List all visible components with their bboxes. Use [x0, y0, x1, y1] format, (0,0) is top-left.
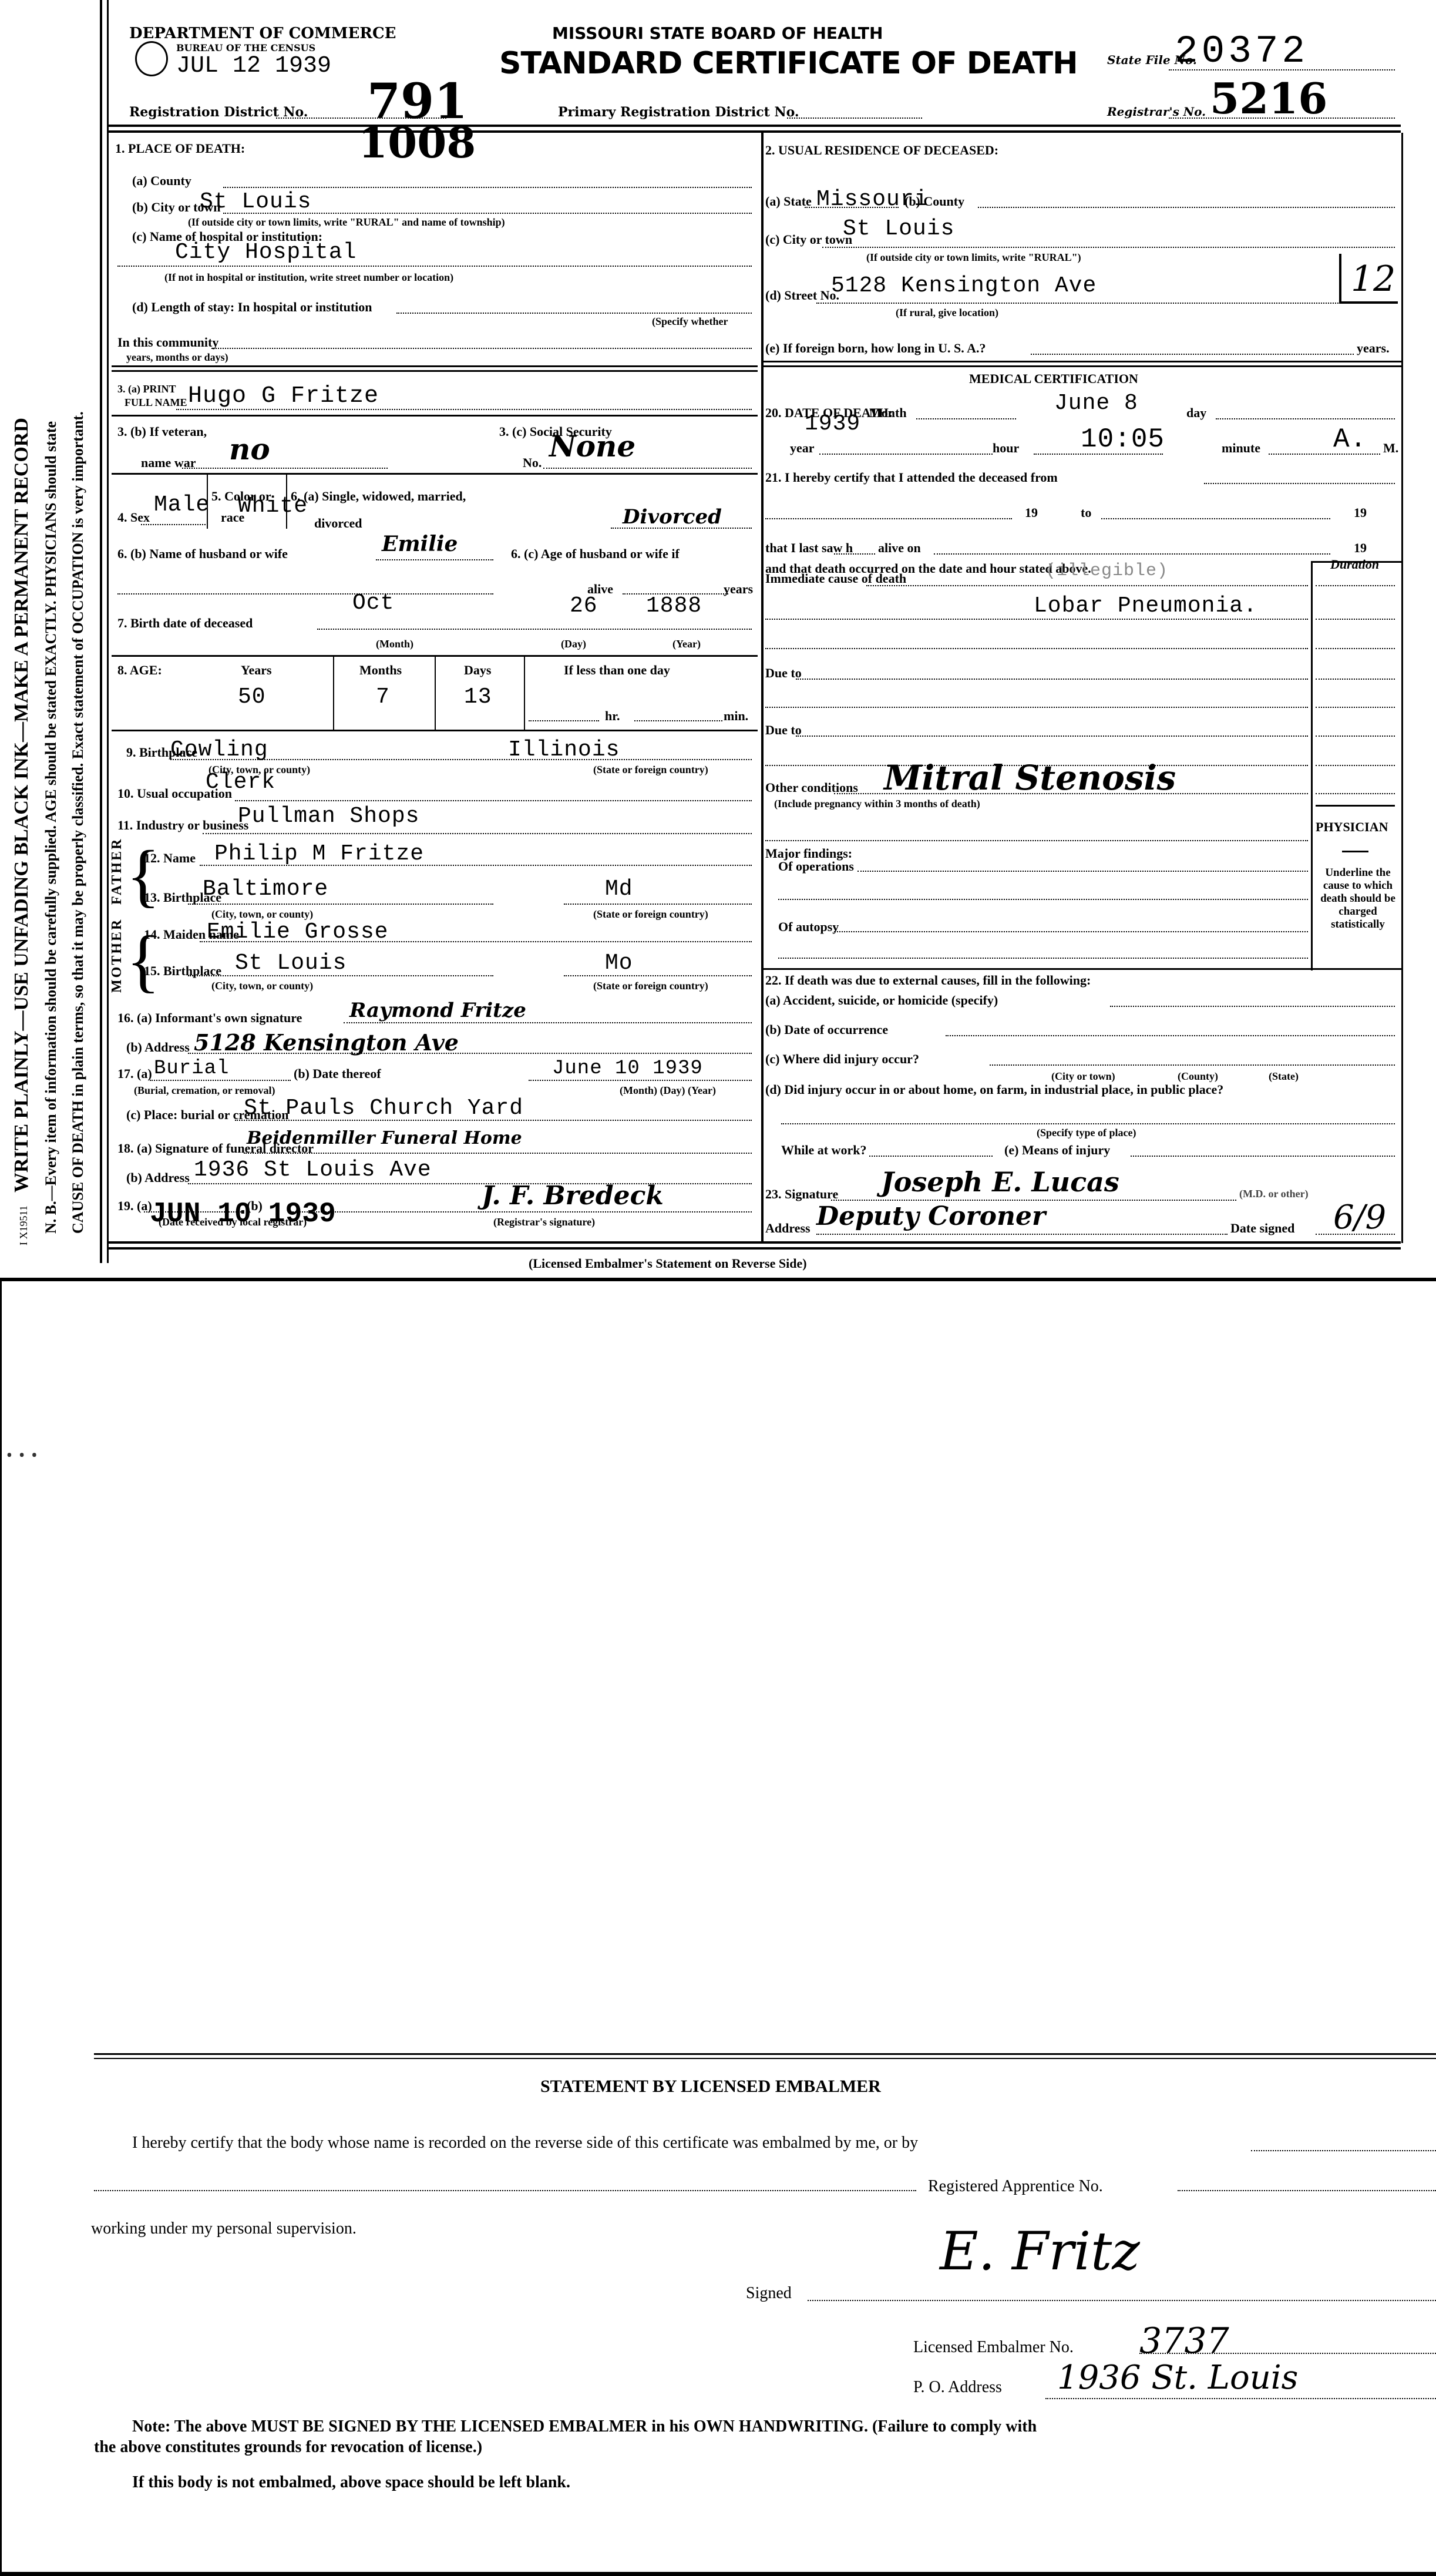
footer-rule: [109, 1241, 1401, 1244]
license-label: Licensed Embalmer No.: [913, 2338, 1074, 2357]
cell-divider: [333, 657, 334, 730]
embalmer-note-1: Note: The above MUST BE SIGNED BY THE LI…: [132, 2417, 1037, 2436]
registrar-sig-note: (Registrar's signature): [493, 1216, 595, 1228]
md-note: (M.D. or other): [1239, 1188, 1309, 1200]
cell-divider: [524, 657, 525, 730]
res-street-note: (If rural, give location): [896, 307, 998, 319]
units-note: years, months or days): [126, 351, 228, 364]
bureau-label: BUREAU OF THE CENSUS: [176, 42, 315, 53]
res-state-line: [805, 207, 899, 208]
duration-line-2: [1316, 619, 1395, 620]
po-address-value[interactable]: 1936 St. Louis: [1057, 2359, 1298, 2397]
external-a-label: (a) Accident, suicide, or homicide (spec…: [765, 993, 998, 1008]
physician-address-label: Address: [765, 1221, 811, 1236]
city-note: (If outside city or town limits, write "…: [188, 216, 505, 229]
apprentice-label: Registered Apprentice No.: [928, 2177, 1103, 2196]
external-d-field[interactable]: [781, 1123, 1395, 1124]
birthplace-state-note: (State or foreign country): [593, 764, 708, 776]
due-line-1b: [765, 707, 1308, 708]
birthplace-line: [170, 759, 752, 760]
dod-day-label: day: [1186, 405, 1206, 421]
embalmer-top-rule-2: [94, 2058, 1436, 2059]
informant-sig-label: 16. (a) Informant's own signature: [117, 1010, 302, 1026]
operations-field[interactable]: [857, 871, 1308, 872]
nineteen-1: 19: [1025, 505, 1038, 520]
embalmer-heading: STATEMENT BY LICENSED EMBALMER: [540, 2077, 881, 2097]
registrar-label: Registrar's No.: [1107, 105, 1206, 119]
immediate-line-2: [765, 619, 1308, 620]
registrar-signature[interactable]: J. F. Bredeck: [482, 1181, 664, 1211]
year-note: (Year): [672, 638, 701, 650]
embalmer-note-3: If this body is not embalmed, above spac…: [132, 2473, 570, 2492]
birth-year-value[interactable]: 1888: [646, 593, 702, 619]
duration-line-5: [1316, 707, 1395, 708]
burial-place-line: [235, 1120, 752, 1121]
section-rule: [112, 370, 758, 372]
external-heading: 22. If death was due to external causes,…: [765, 973, 1091, 988]
registrar-line: [1169, 117, 1395, 119]
nineteen-2: 19: [1354, 505, 1367, 520]
dod-year-value[interactable]: 1939: [805, 411, 860, 436]
external-d-label: (d) Did injury occur in or about home, o…: [765, 1082, 1223, 1097]
spouse-line-2: [117, 593, 493, 595]
embalmer-note-2: the above constitutes grounds for revoca…: [94, 2438, 482, 2457]
external-b-label: (b) Date of occurrence: [765, 1022, 888, 1037]
duration-line-4: [1316, 679, 1395, 680]
hr-field[interactable]: [529, 720, 599, 721]
community-field[interactable]: [211, 348, 752, 349]
primary-reg-line: [787, 117, 922, 119]
director-line: [244, 1153, 752, 1154]
header-rule-2: [109, 130, 1401, 133]
margin-border-inner: [107, 0, 109, 1263]
father-state-note: (State or foreign country): [593, 908, 708, 921]
duration-line-7: [1316, 765, 1395, 766]
birth-line: [317, 629, 752, 630]
certify-text: 21. I hereby certify that I attended the…: [765, 470, 1058, 485]
license-line: [1139, 2353, 1436, 2354]
ssn-label-2: No.: [523, 455, 542, 471]
father-birth-city-value[interactable]: Baltimore: [203, 876, 328, 902]
cell-divider: [435, 657, 436, 730]
external-means-label: (e) Means of injury: [1004, 1143, 1110, 1158]
spouse-line: [376, 559, 493, 560]
signed-label: Signed: [746, 2284, 792, 2303]
margin-stamp-code: I X19511: [18, 1205, 30, 1245]
registrar-number: 5216: [1210, 73, 1327, 123]
autopsy-label: Of autopsy: [778, 919, 839, 935]
due-to-field-1[interactable]: [796, 679, 1308, 680]
alive-on-label: alive on: [878, 540, 921, 556]
county-label: (a) County: [132, 173, 191, 189]
external-c-label: (c) Where did injury occur?: [765, 1052, 919, 1067]
stay-label: (d) Length of stay: In hospital or insti…: [132, 300, 372, 315]
director-address-value[interactable]: 1936 St Louis Ave: [194, 1157, 432, 1183]
page-separator: [0, 1278, 1436, 1281]
autopsy-line-2: [778, 958, 1308, 959]
immediate-line-1: [866, 585, 1308, 586]
burial-date-label: (b) Date thereof: [294, 1066, 381, 1082]
reverse-side-note: (Licensed Embalmer's Statement on Revers…: [529, 1256, 807, 1271]
external-c-state: (State): [1269, 1070, 1299, 1083]
other-conditions-value[interactable]: Mitral Stenosis: [884, 758, 1176, 798]
external-specify-note: (Specify type of place): [1037, 1127, 1136, 1139]
min-label: min.: [724, 708, 748, 724]
embalmer-certify-text: I hereby certify that the body whose nam…: [132, 2134, 918, 2152]
due-to-field-2[interactable]: [796, 735, 1308, 737]
signed-line: [808, 2300, 1436, 2301]
external-c-county: (County): [1178, 1070, 1218, 1083]
hr-label: hr.: [605, 708, 620, 724]
census-seal-icon: [135, 41, 168, 76]
burial-place-value[interactable]: St Pauls Church Yard: [244, 1096, 523, 1121]
embalmer-signature[interactable]: E. Fritz: [940, 2221, 1140, 2282]
bottom-border: [0, 2572, 1436, 2576]
dod-hour-label: hour: [993, 441, 1019, 456]
days-label: Days: [464, 663, 491, 678]
state-file-number: 20372: [1175, 29, 1309, 73]
date-signed-label: Date signed: [1230, 1221, 1294, 1236]
burial-date-note: (Month) (Day) (Year): [620, 1084, 716, 1097]
marital-line: [611, 528, 752, 529]
embalmer-top-rule: [94, 2053, 1436, 2055]
external-b-field[interactable]: [946, 1035, 1395, 1036]
section-rule: [764, 361, 1401, 362]
mother-birth-state-value[interactable]: Mo: [605, 951, 633, 976]
veteran-value[interactable]: no: [229, 432, 270, 466]
disposition-value[interactable]: Burial: [154, 1057, 229, 1080]
name-label-1: 3. (a) PRINT: [117, 383, 176, 395]
duration-line-3: [1316, 648, 1395, 649]
dod-year-label: year: [790, 441, 815, 456]
physician-address-value[interactable]: Deputy Coroner: [816, 1201, 1045, 1231]
section-rule: [112, 473, 758, 475]
years-value[interactable]: 50: [238, 684, 266, 710]
duration-line-6: [1316, 735, 1395, 737]
father-name-line: [200, 865, 752, 866]
director-address-line: [188, 1183, 752, 1184]
dod-minute-line: [1269, 454, 1380, 455]
informant-address-label: (b) Address: [126, 1040, 190, 1055]
back-left-border: [0, 1281, 2, 2576]
immediate-cause-label: Immediate cause of death: [765, 571, 906, 586]
to-label: to: [1081, 505, 1091, 520]
attended-from-field[interactable]: [1204, 483, 1395, 484]
board-label: MISSOURI STATE BOARD OF HEALTH: [552, 23, 883, 43]
res-city-line: [822, 247, 1395, 248]
other-line-2: [765, 840, 1308, 841]
spouse-age-label-1: 6. (c) Age of husband or wife if: [511, 546, 680, 562]
disposition-label: 17. (a): [117, 1066, 152, 1082]
ssn-value[interactable]: None: [549, 429, 635, 464]
months-label: Months: [359, 663, 402, 678]
name-label-2: FULL NAME: [125, 397, 187, 409]
veteran-line: [182, 468, 388, 469]
spouse-label: 6. (b) Name of husband or wife: [117, 546, 288, 562]
ward-mark: 12: [1351, 258, 1395, 300]
disposition-line: [150, 1080, 291, 1081]
primary-reg-label: Primary Registration District No.: [558, 105, 799, 120]
registrar-sig-label: (b): [247, 1198, 263, 1214]
director-address-label: (b) Address: [126, 1170, 190, 1185]
duration-line-8: [1316, 793, 1395, 794]
veteran-label-1: 3. (b) If veteran,: [117, 424, 207, 439]
underline-note: Underline the cause to which death shoul…: [1314, 866, 1401, 931]
immediate-cause-value-1[interactable]: (illegible): [1045, 561, 1168, 581]
physician-rule: [1316, 805, 1395, 807]
immediate-cause-value-2[interactable]: Lobar Pneumonia.: [1034, 593, 1257, 619]
stay-field[interactable]: [396, 313, 752, 314]
dod-month-value[interactable]: June 8: [1054, 391, 1138, 416]
dod-month-label: Month: [869, 405, 907, 421]
day-note: (Day): [561, 638, 586, 650]
dod-time-value[interactable]: 10:05: [1081, 424, 1165, 455]
spouse-age-suffix: years: [724, 582, 753, 597]
dod-year-line: [819, 454, 993, 455]
place-of-death-heading: 1. PLACE OF DEATH:: [115, 141, 245, 156]
informant-sig-line: [344, 1022, 752, 1023]
attended-from-date[interactable]: [765, 518, 1012, 519]
last-saw-field[interactable]: [834, 553, 875, 555]
sex-value[interactable]: Male: [154, 492, 210, 518]
duration-label: Duration: [1330, 557, 1379, 572]
autopsy-field[interactable]: [834, 931, 1308, 932]
specify-note: (Specify whether: [652, 315, 728, 328]
physician-dash: [1342, 851, 1368, 852]
physician-label: PHYSICIAN: [1316, 820, 1388, 835]
embalmer-by-field[interactable]: [1251, 2150, 1436, 2151]
less-day-label: If less than one day: [564, 663, 670, 678]
birth-month-value[interactable]: Oct: [352, 590, 394, 616]
po-address-label: P. O. Address: [913, 2378, 1002, 2397]
received-stamp: JUL 12 1939: [176, 53, 331, 79]
dod-month-line: [916, 418, 1016, 419]
header-rule: [109, 125, 1401, 127]
external-work-label: While at work?: [781, 1143, 866, 1158]
days-value[interactable]: 13: [464, 684, 492, 710]
informant-address-value[interactable]: 5128 Kensington Ave: [194, 1029, 459, 1056]
marital-label-1: 6. (a) Single, widowed, married,: [291, 489, 466, 504]
mother-state-note: (State or foreign country): [593, 980, 708, 992]
physician-sig-label: 23. Signature: [765, 1187, 838, 1202]
physician-address-line: [816, 1234, 1228, 1235]
res-city-note: (If outside city or town limits, write "…: [866, 251, 1081, 264]
months-value[interactable]: 7: [376, 684, 390, 710]
operations-label: Of operations: [778, 859, 854, 874]
nineteen-3: 19: [1354, 540, 1367, 556]
director-signature[interactable]: Beidenmiller Funeral Home: [247, 1128, 522, 1148]
duration-line-1: [1316, 585, 1395, 586]
mother-birth-line: [188, 975, 493, 976]
industry-line: [203, 833, 752, 834]
industry-label: 11. Industry or business: [117, 818, 248, 833]
community-label: In this community: [117, 335, 218, 350]
father-side-label: FATHER: [109, 838, 125, 905]
other-line: [834, 793, 1308, 794]
section-rule: [764, 365, 1401, 367]
alive-on-field[interactable]: [934, 553, 1330, 555]
city-line: [223, 213, 752, 214]
res-county-label: (b) County: [904, 194, 964, 209]
sex-line: [141, 524, 206, 525]
dept-label: DEPARTMENT OF COMMERCE: [129, 25, 396, 42]
res-foreign-label: (e) If foreign born, how long in U. S. A…: [765, 341, 986, 356]
age-label: 8. AGE:: [117, 663, 162, 678]
operations-line-2: [778, 899, 1308, 900]
father-birth-state-value[interactable]: Md: [605, 876, 633, 902]
residence-heading: 2. USUAL RESIDENCE OF DECEASED:: [765, 143, 998, 158]
margin-border: [100, 0, 102, 1263]
filed-date-stamp: JUN 10 1939: [150, 1198, 336, 1230]
birth-day-value[interactable]: 26: [570, 593, 598, 619]
disposition-note: (Burial, cremation, or removal): [134, 1084, 275, 1097]
margin-instruction-2: N. B.—Every item of information should b…: [42, 421, 60, 1234]
margin-instruction-1: WRITE PLAINLY—USE UNFADING BLACK INK—MAK…: [11, 418, 33, 1193]
po-address-line: [1045, 2398, 1436, 2399]
marital-label-2: divorced: [314, 516, 362, 531]
duration-divider: [1311, 561, 1313, 970]
ssn-line: [543, 468, 752, 469]
physician-sig-line: [831, 1200, 1236, 1201]
birth-label: 7. Birth date of deceased: [117, 616, 253, 631]
license-number[interactable]: 3737: [1139, 2320, 1229, 2362]
registrar-sig-line: [288, 1211, 752, 1213]
apprentice-number-field[interactable]: [1178, 2190, 1436, 2191]
father-city-note: (City, town, or county): [211, 908, 313, 921]
embalmer-apprentice-name-field[interactable]: [94, 2190, 916, 2191]
hospital-value[interactable]: City Hospital: [175, 240, 357, 265]
right-border: [1401, 133, 1403, 1243]
dod-m-label: M.: [1383, 441, 1398, 456]
occupation-line: [235, 800, 752, 801]
page-title: STANDARD CERTIFICATE OF DEATH: [499, 46, 1078, 81]
county-field[interactable]: [223, 187, 752, 188]
father-birth-state-line: [564, 904, 752, 905]
external-c-field[interactable]: [990, 1064, 1395, 1066]
full-name-line: [176, 409, 752, 410]
min-field[interactable]: [634, 720, 722, 721]
res-city-label: (c) City or town: [765, 232, 852, 247]
section-rule: [112, 415, 758, 417]
external-c-city: (City or town): [1051, 1070, 1115, 1083]
industry-value[interactable]: Pullman Shops: [238, 804, 419, 829]
dod-day-line: [1216, 418, 1395, 419]
informant-signature[interactable]: Raymond Fritze: [349, 999, 526, 1022]
res-foreign-field[interactable]: [1031, 354, 1354, 355]
section-rule: [764, 968, 1401, 970]
other-note: (Include pregnancy within 3 months of de…: [774, 798, 980, 810]
physician-signature[interactable]: Joseph E. Lucas: [881, 1166, 1119, 1198]
father-name-label: 12. Name: [144, 851, 196, 866]
father-birth-line: [188, 904, 493, 905]
margin-instruction-3: CAUSE OF DEATH in plain terms, so that i…: [69, 411, 87, 1234]
father-name-value[interactable]: Philip M Fritze: [214, 841, 424, 866]
res-city-value[interactable]: St Louis: [843, 216, 954, 241]
dod-ampm-value[interactable]: A.: [1333, 424, 1367, 455]
date-signed-line: [1316, 1234, 1395, 1235]
mother-birth-state-line: [564, 975, 752, 976]
occupation-value[interactable]: Clerk: [206, 770, 275, 795]
medical-heading: MEDICAL CERTIFICATION: [969, 371, 1138, 387]
supervision-text: working under my personal supervision.: [91, 2219, 357, 2238]
date-signed-value[interactable]: 6/9: [1333, 1198, 1386, 1237]
month-note: (Month): [376, 638, 413, 650]
mother-birth-city-value[interactable]: St Louis: [235, 951, 347, 976]
sex-label: 4. Sex: [117, 510, 150, 525]
res-foreign-suffix: years.: [1357, 341, 1390, 356]
burial-date-line: [529, 1080, 752, 1081]
burial-date-value[interactable]: June 10 1939: [552, 1057, 703, 1080]
dod-minute-label: minute: [1222, 441, 1260, 456]
res-street-line: [816, 303, 1395, 304]
res-street-value[interactable]: 5128 Kensington Ave: [831, 273, 1097, 298]
mother-name-line: [200, 941, 752, 942]
section-rule: [112, 365, 758, 367]
res-street-label: (d) Street No.: [765, 288, 839, 303]
years-label: Years: [241, 663, 272, 678]
spouse-value[interactable]: Emilie: [382, 532, 458, 556]
informant-address-line: [188, 1053, 752, 1054]
section-rule: [112, 730, 758, 731]
dod-hour-line: [1034, 454, 1163, 455]
marital-value[interactable]: Divorced: [623, 505, 722, 529]
res-county-field[interactable]: [978, 207, 1395, 208]
mother-birth-label: 15. Birthplace: [144, 963, 221, 979]
column-divider: [761, 133, 764, 1243]
city-value[interactable]: St Louis: [200, 189, 311, 214]
mother-city-note: (City, town, or county): [211, 980, 313, 992]
footer-rule-2: [109, 1247, 1401, 1250]
attended-to-field[interactable]: [1101, 518, 1330, 519]
hospital-note: (If not in hospital or institution, writ…: [164, 271, 453, 284]
mother-side-label: MOTHER: [109, 918, 125, 993]
external-a-field[interactable]: [1110, 1006, 1395, 1007]
hospital-line: [117, 266, 752, 267]
full-name-value[interactable]: Hugo G Fritze: [188, 383, 379, 409]
external-work-field[interactable]: [869, 1156, 993, 1157]
due-line-0: [765, 648, 1308, 649]
external-means-field[interactable]: [1131, 1156, 1395, 1157]
state-file-line: [1169, 69, 1395, 70]
scan-artifact: ꞏ ꞏ ꞏ: [6, 1439, 38, 1470]
